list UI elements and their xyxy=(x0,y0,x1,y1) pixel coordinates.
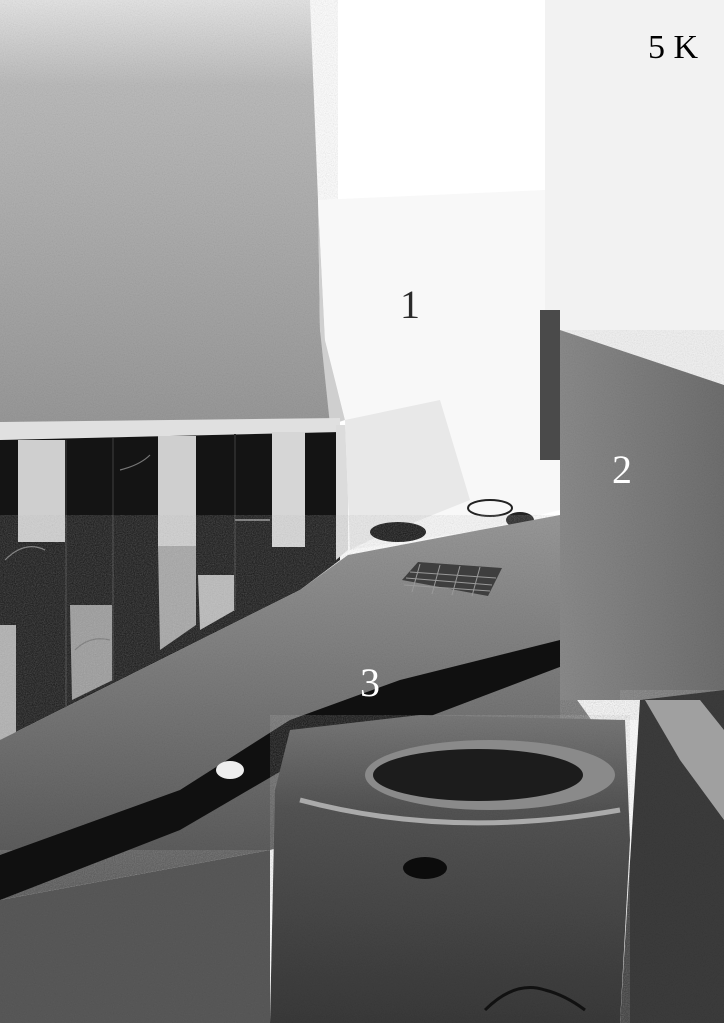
photograph xyxy=(0,0,724,1023)
plaster-wall xyxy=(0,0,345,425)
marker-3-label: 3 xyxy=(360,663,380,703)
stone-fountain xyxy=(270,715,630,1023)
photo-reference-label: 5 K xyxy=(648,31,698,65)
marker-2-label: 2 xyxy=(612,450,632,490)
marker-1-label: 1 xyxy=(400,285,420,325)
